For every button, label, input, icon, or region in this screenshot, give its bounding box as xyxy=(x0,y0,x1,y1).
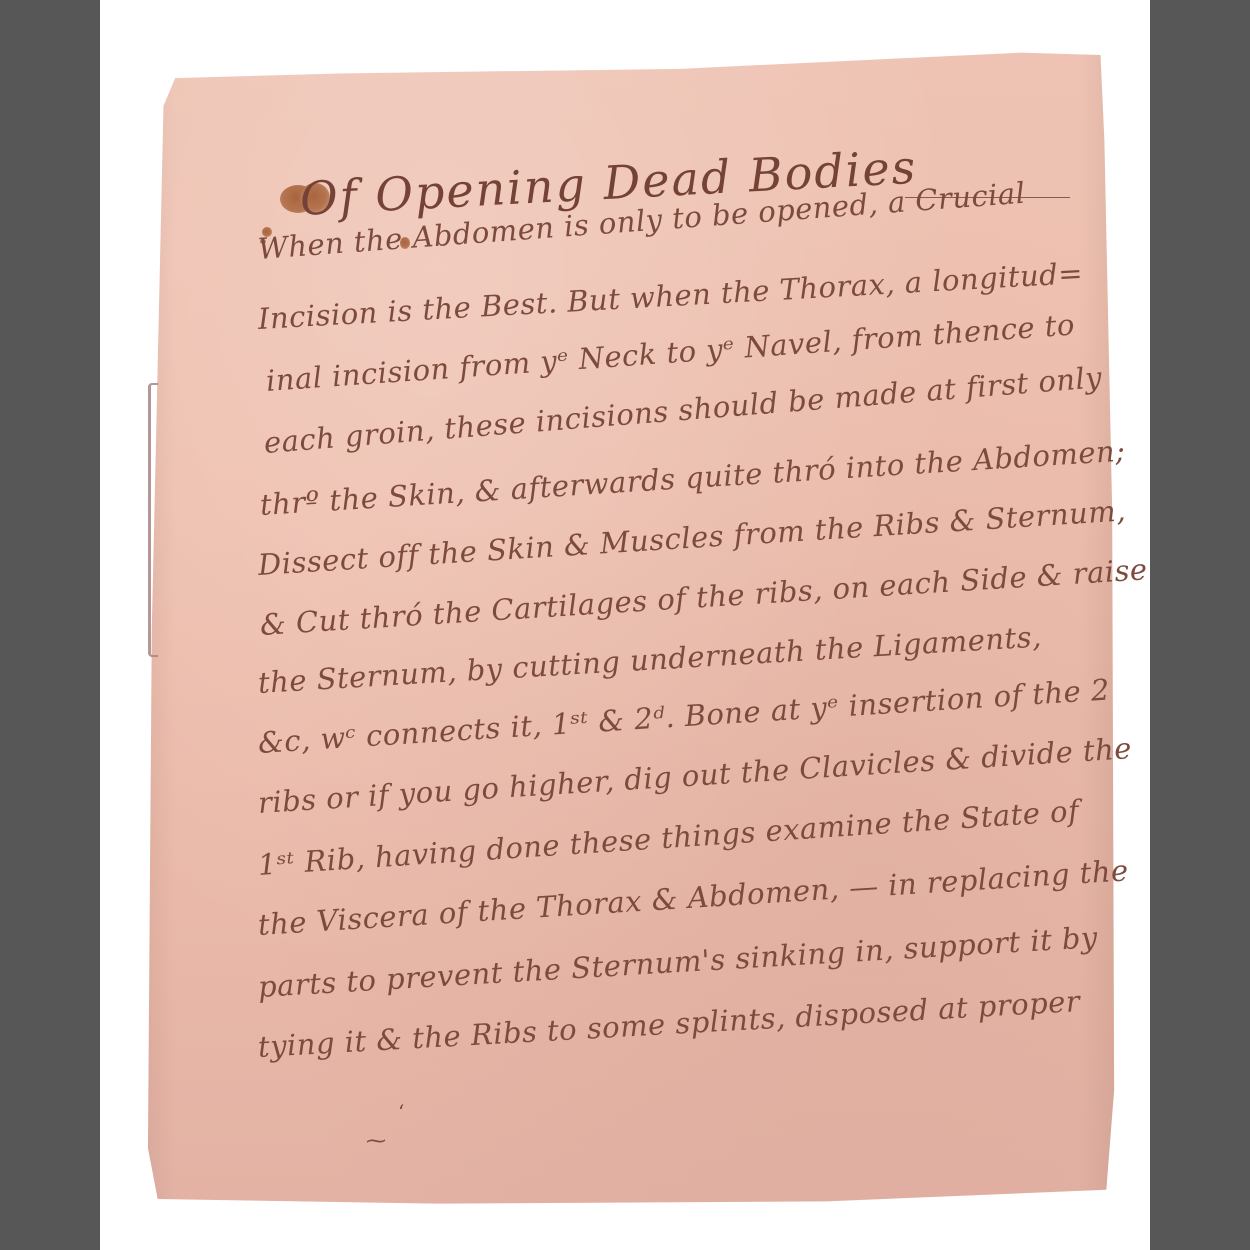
left-border-band xyxy=(0,0,100,1250)
right-border-band xyxy=(1150,0,1250,1250)
ink-mark: ‘ xyxy=(398,1100,404,1124)
ink-mark-2: ⁓ xyxy=(366,1128,386,1152)
binding-thread xyxy=(148,383,158,657)
